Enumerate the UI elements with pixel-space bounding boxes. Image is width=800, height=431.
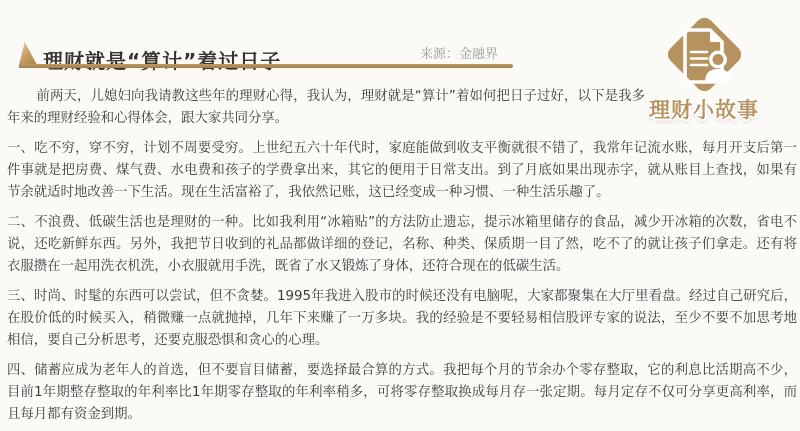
section-paragraph-4: 四、储蓄应成为老年人的首选，但不要盲目储蓄，要选择最合算的方式。我把每个月的节余… <box>7 360 797 426</box>
section-paragraph-1: 一、吃不穷，穿不穷，计划不周要受穷。上世纪五六十年代时，家庭能做到收支平衡就很不… <box>7 138 797 204</box>
person-shoulders-icon <box>705 69 731 82</box>
article-body: 前两天，儿媳妇向我请教这些年的理财心得，我认为，理财就是“算计”着如何把日子过好… <box>7 86 797 431</box>
title-rule <box>19 64 513 68</box>
page-title: 理财就是“算计”着过日子 <box>43 45 281 74</box>
title-rule-ornament <box>19 42 37 65</box>
source-label: 来源：金融界 <box>420 43 498 62</box>
badge-float-spacer <box>645 86 797 116</box>
section-paragraph-2: 二、不浪费、低碳生活也是理财的一种。比如我利用“冰箱贴”的方法防止遗忘，提示冰箱… <box>7 212 797 278</box>
section-paragraph-3: 三、时尚、时髦的东西可以尝试，但不贪婪。1995年我进入股市的时候还没有电脑呢，… <box>7 286 797 352</box>
document-lines-icon <box>691 52 707 65</box>
person-head-icon <box>711 52 725 66</box>
document-person-icon <box>680 26 736 88</box>
